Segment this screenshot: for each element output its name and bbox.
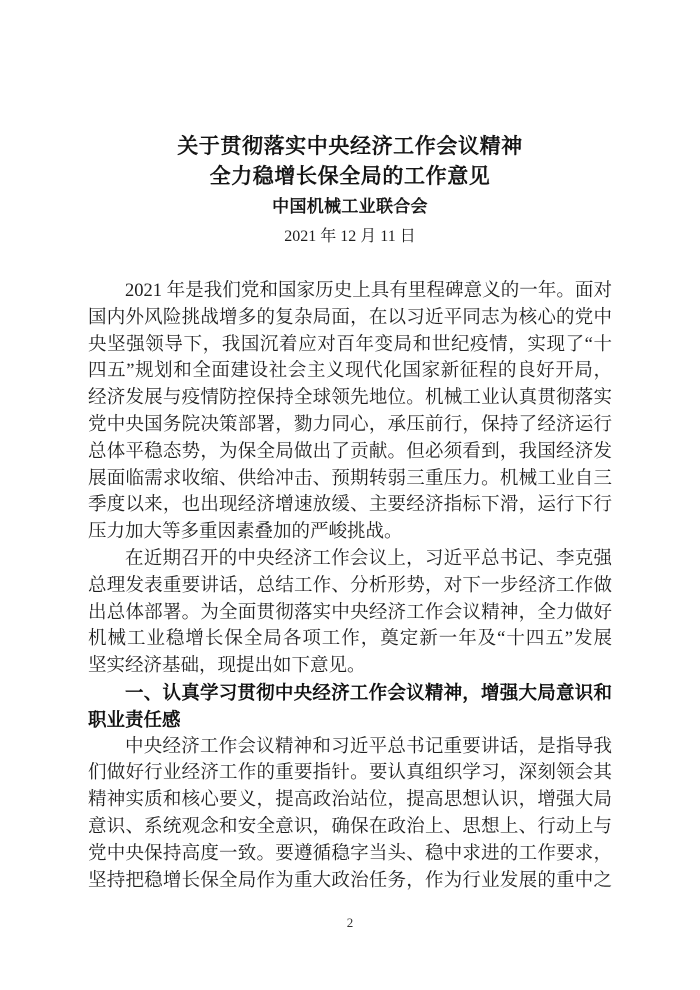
paragraph-line: 在近期召开的中央经济工作会议上，习近平总书记、李克强 bbox=[88, 546, 612, 573]
paragraph-line: 总理发表重要讲话，总结工作、分析形势，对下一步经济工作做 bbox=[88, 573, 612, 600]
paragraph-line: 展面临需求收缩、供给冲击、预期转弱三重压力。机械工业自三 bbox=[88, 466, 612, 493]
document-content: 关于贯彻落实中央经济工作会议精神 全力稳增长保全局的工作意见 中国机械工业联合会… bbox=[88, 131, 612, 894]
section-heading-line: 职业责任感 bbox=[88, 707, 612, 734]
paragraph-line: 们做好行业经济工作的重要指针。要认真组织学习，深刻领会其 bbox=[88, 760, 612, 787]
paragraph-line: 压力加大等多重因素叠加的严峻挑战。 bbox=[88, 519, 612, 546]
section-heading-line: 一、认真学习贯彻中央经济工作会议精神，增强大局意识和 bbox=[88, 680, 612, 707]
paragraph-line: 出总体部署。为全面贯彻落实中央经济工作会议精神，全力做好 bbox=[88, 600, 612, 627]
document-author-organization: 中国机械工业联合会 bbox=[88, 191, 612, 222]
document-body: 2021 年是我们党和国家历史上具有里程碑意义的一年。面对国内外风险挑战增多的复… bbox=[88, 278, 612, 894]
document-date: 2021 年 12 月 11 日 bbox=[88, 222, 612, 252]
paragraph-line: 总体平稳态势，为保全局做出了贡献。但必须看到，我国经济发 bbox=[88, 439, 612, 466]
paragraph-line: 四五”规划和全面建设社会主义现代化国家新征程的良好开局， bbox=[88, 358, 612, 385]
document-title-line-1: 关于贯彻落实中央经济工作会议精神 bbox=[88, 131, 612, 161]
paragraph-line: 坚实经济基础，现提出如下意见。 bbox=[88, 653, 612, 680]
paragraph-line: 季度以来，也出现经济增速放缓、主要经济指标下滑，运行下行 bbox=[88, 492, 612, 519]
paragraph-line: 意识、系统观念和安全意识，确保在政治上、思想上、行动上与 bbox=[88, 814, 612, 841]
paragraph-line: 国内外风险挑战增多的复杂局面，在以习近平同志为核心的党中 bbox=[88, 305, 612, 332]
paragraph-line: 精神实质和核心要义，提高政治站位，提高思想认识，增强大局 bbox=[88, 787, 612, 814]
document-page: 关于贯彻落实中央经济工作会议精神 全力稳增长保全局的工作意见 中国机械工业联合会… bbox=[0, 0, 700, 990]
paragraph-line: 坚持把稳增长保全局作为重大政治任务，作为行业发展的重中之 bbox=[88, 868, 612, 895]
paragraph-line: 经济发展与疫情防控保持全球领先地位。机械工业认真贯彻落实 bbox=[88, 385, 612, 412]
paragraph-line: 机械工业稳增长保全局各项工作，奠定新一年及“十四五”发展 bbox=[88, 626, 612, 653]
paragraph-line: 党中央保持高度一致。要遵循稳字当头、稳中求进的工作要求， bbox=[88, 841, 612, 868]
paragraph-line: 中央经济工作会议精神和习近平总书记重要讲话，是指导我 bbox=[88, 734, 612, 761]
document-title: 关于贯彻落实中央经济工作会议精神 全力稳增长保全局的工作意见 bbox=[88, 131, 612, 191]
page-number: 2 bbox=[0, 914, 700, 932]
paragraph-line: 2021 年是我们党和国家历史上具有里程碑意义的一年。面对 bbox=[88, 278, 612, 305]
paragraph-line: 党中央国务院决策部署，勠力同心，承压前行，保持了经济运行 bbox=[88, 412, 612, 439]
document-title-line-2: 全力稳增长保全局的工作意见 bbox=[88, 161, 612, 191]
paragraph-line: 央坚强领导下，我国沉着应对百年变局和世纪疫情，实现了“十 bbox=[88, 332, 612, 359]
